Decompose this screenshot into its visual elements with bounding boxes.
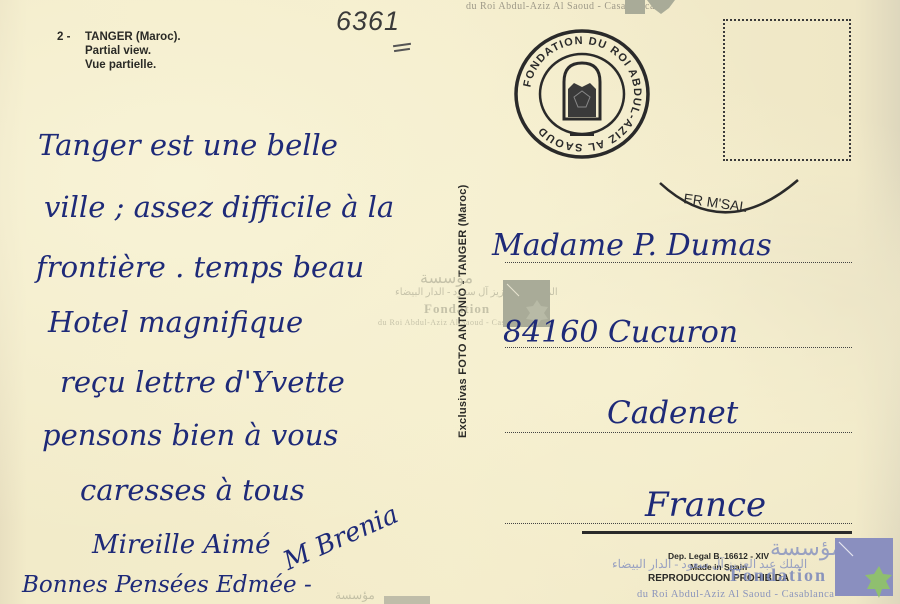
watermark-arabic-name: مؤسسة — [420, 268, 473, 288]
caption-subtitle-fr: Vue partielle. — [85, 58, 181, 72]
watermark-arabic-name: مؤسسة — [335, 588, 375, 603]
address-rule-solid — [582, 531, 852, 534]
message-line: reçu lettre d'Yvette — [60, 365, 345, 399]
watermark-logo-faint — [384, 596, 430, 604]
address-rule — [505, 347, 852, 348]
message-line: Tanger est une belle — [38, 128, 338, 162]
message-line: Hotel magnifique — [48, 305, 303, 339]
address-rule — [505, 523, 852, 524]
address-name: Madame P. Dumas — [492, 228, 772, 263]
message-line: caresses à tous — [80, 473, 305, 507]
postcard-back: 2 -TANGER (Maroc). Partial view. Vue par… — [0, 0, 900, 604]
postage-stamp-area — [723, 19, 851, 161]
watermark-fondation: Fondation — [424, 301, 490, 317]
caption-number: 2 - — [57, 30, 85, 44]
archive-underline — [394, 48, 410, 52]
message-line: pensons bien à vous — [42, 418, 338, 452]
signature-line: M Brenia — [279, 500, 403, 577]
caption-subtitle-en: Partial view. — [85, 44, 181, 58]
watermark-fondation: Fondation — [730, 565, 827, 586]
address-postal-city: 84160 Cucuron — [503, 315, 738, 350]
signature-line: Mireille Aimé — [92, 530, 270, 560]
watermark-latin-sub: du Roi Abdul-Aziz Al Saoud - Casablanca — [637, 589, 834, 600]
signature-line: Bonnes Pensées Edmée - — [22, 572, 312, 598]
watermark-logo-top — [625, 0, 675, 14]
archive-underline — [393, 43, 411, 47]
address-country: France — [645, 485, 766, 525]
foundation-stamp: FONDATION DU ROI ABDUL-AZIZ AL SAOUD — [512, 27, 652, 161]
message-line: frontière . temps beau — [36, 250, 364, 284]
watermark-logo — [835, 538, 897, 600]
archive-number: 6361 — [336, 6, 400, 37]
address-rule — [505, 262, 852, 263]
caption-title: TANGER (Maroc). — [85, 31, 181, 43]
address-town: Cadenet — [607, 395, 738, 431]
message-line: ville ; assez difficile à la — [44, 190, 394, 224]
address-rule — [505, 432, 852, 433]
postcard-caption: 2 -TANGER (Maroc). Partial view. Vue par… — [57, 30, 181, 72]
postmark: ER M'SAL — [655, 175, 805, 225]
